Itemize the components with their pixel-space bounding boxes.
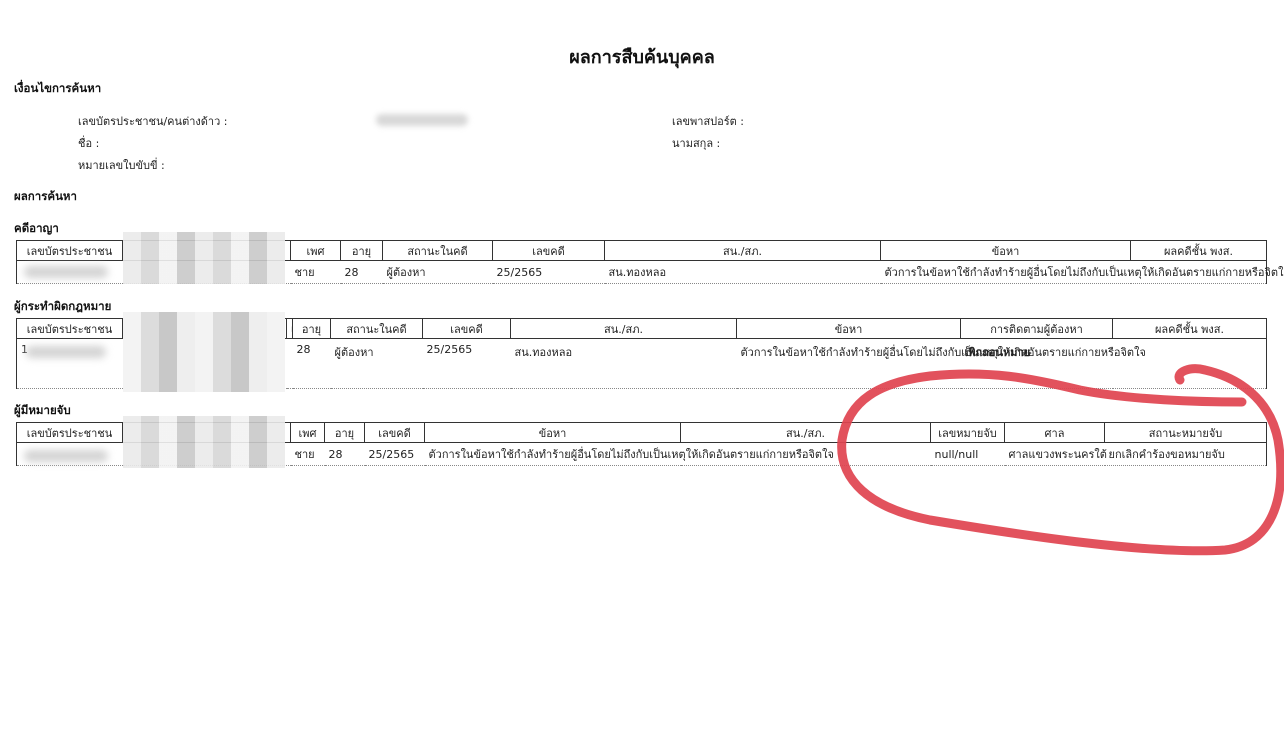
offenders-heading: ผู้กระทำผิดกฎหมาย [14,298,111,316]
col-header: การติดตามผู้ต้องหา [961,319,1113,339]
search-conditions-heading: เงื่อนไขการค้นหา [14,80,101,98]
cell-case-no: 25/2565 [493,261,605,284]
cell-age: 28 [325,443,365,466]
cell-age: 28 [293,339,331,389]
criminal-cases-heading: คดีอาญา [14,220,59,238]
col-header: สน./สภ. [681,423,931,443]
cell-sex: ชาย [291,261,341,284]
passport-label: เลขพาสปอร์ต : [672,112,744,130]
id-value-redacted [376,114,468,126]
col-header: สถานะหมายจับ [1105,423,1267,443]
cell-status: ผู้ต้องหา [331,339,423,389]
col-header: ผลคดีชั้น พงส. [1131,241,1267,261]
cell-charge: ตัวการในข้อหาใช้กำลังทำร้ายผู้อื่นโดยไม่… [881,261,1131,284]
col-header: ข้อหา [737,319,961,339]
redaction-blur [24,266,108,278]
col-header: อายุ [325,423,365,443]
col-header: เลขหมายจับ [931,423,1005,443]
col-header: สน./สภ. [605,241,881,261]
col-header: เลขบัตรประชาชน [17,241,123,261]
warrants-heading: ผู้มีหมายจับ [14,402,71,420]
redaction-blur [26,346,106,358]
col-header: อายุ [293,319,331,339]
cell-charge: ตัวการในข้อหาใช้กำลังทำร้ายผู้อื่นโดยไม่… [425,443,681,466]
cell-station: สน.ทองหลอ [511,339,737,389]
redaction-pixelation [123,416,285,468]
cell-sex: ชาย [291,443,325,466]
cell-warrant-no: null/null [931,443,1005,466]
cell-warrant-status: ยกเลิกคำร้องขอหมายจับ [1105,443,1267,466]
page-title: ผลการสืบค้นบุคคล [0,42,1284,71]
col-header: อายุ [341,241,383,261]
col-header: เลขบัตรประชาชน [17,423,123,443]
col-header: ข้อหา [881,241,1131,261]
surname-label: นามสกุล : [672,134,720,152]
redaction-pixelation [123,232,285,284]
col-header: เลขคดี [423,319,511,339]
col-header: สถานะในคดี [331,319,423,339]
col-header: เลขคดี [365,423,425,443]
redaction-pixelation [123,312,285,392]
col-header: ศาล [1005,423,1105,443]
cell-court: ศาลแขวงพระนครใต้ [1005,443,1105,466]
redaction-blur [24,450,108,462]
name-label: ชื่อ : [78,134,99,152]
col-header: ผลคดีชั้น พงส. [1113,319,1267,339]
id-label: เลขบัตรประชาชน/คนต่างด้าว : [78,112,227,130]
col-header: ข้อหา [425,423,681,443]
col-header: เลขคดี [493,241,605,261]
cell-status: ผู้ต้องหา [383,261,493,284]
cell-station: สน.ทองหลอ [605,261,881,284]
col-header: เพศ [291,241,341,261]
col-header: เลขบัตรประชาชน [17,319,123,339]
license-label: หมายเลขใบขับขี่ : [78,156,165,174]
col-header: สน./สภ. [511,319,737,339]
cell-case-no: 25/2565 [423,339,511,389]
col-header: เพศ [291,423,325,443]
cell-charge: ตัวการในข้อหาใช้กำลังทำร้ายผู้อื่นโดยไม่… [737,339,961,389]
col-header: สถานะในคดี [383,241,493,261]
cell-age: 28 [341,261,383,284]
results-heading: ผลการค้นหา [14,188,77,206]
col-header: เพศ [287,319,293,339]
cell-case-no: 25/2565 [365,443,425,466]
